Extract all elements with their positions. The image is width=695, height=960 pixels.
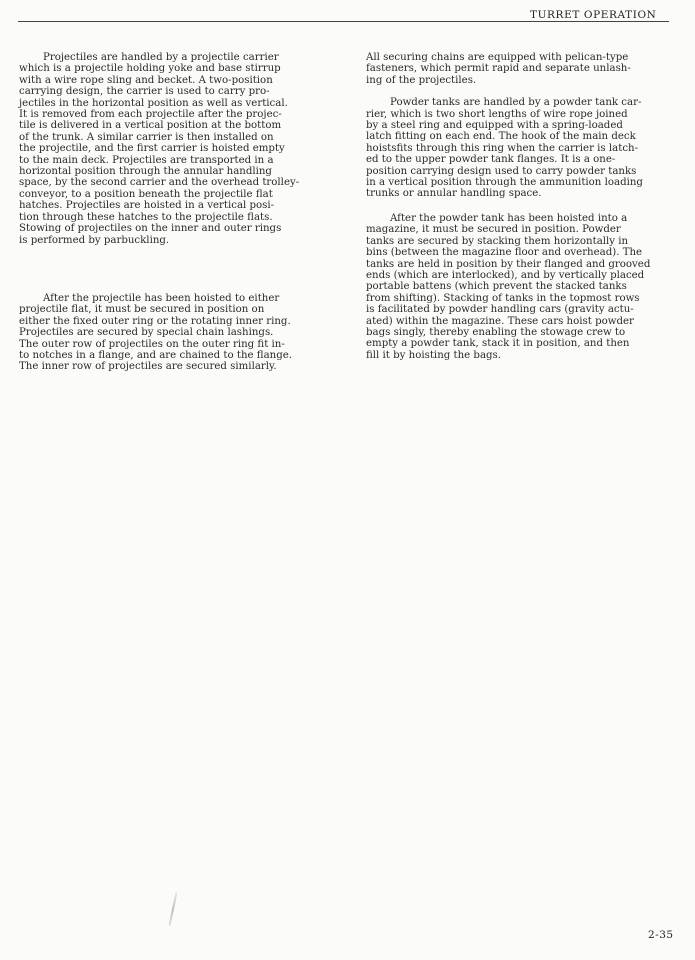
text-line: projectile flat, it must be secured in p… — [19, 304, 349, 315]
scan-artifact-mark — [168, 892, 177, 926]
text-line: latch fitting on each end. The hook of t… — [366, 131, 695, 142]
text-line: to the main deck. Projectiles are transp… — [19, 155, 349, 166]
paragraph-powder-tank-carrier: Powder tanks are handled by a powder tan… — [366, 97, 695, 200]
running-head: TURRET OPERATION — [530, 9, 656, 21]
text-line: magazine, it must be secured in position… — [366, 224, 695, 235]
text-line: The inner row of projectiles are secured… — [19, 361, 349, 372]
text-line: tile is delivered in a vertical position… — [19, 120, 349, 131]
text-line: tanks are secured by stacking them horiz… — [366, 236, 695, 247]
text-line: ing of the projectiles. — [366, 75, 695, 86]
text-line: hatches. Projectiles are hoisted in a ve… — [19, 200, 349, 211]
text-line: tanks are held in position by their flan… — [366, 259, 695, 270]
right-column: All securing chains are equipped with pe… — [366, 52, 695, 361]
text-line: jectiles in the horizontal position as w… — [19, 98, 349, 109]
text-line: by a steel ring and equipped with a spri… — [366, 120, 695, 131]
text-line: empty a powder tank, stack it in positio… — [366, 338, 695, 349]
text-line: with a wire rope sling and becket. A two… — [19, 75, 349, 86]
paragraph-powder-tank-securing: After the powder tank has been hoisted i… — [366, 213, 695, 361]
text-line: carrying design, the carrier is used to … — [19, 86, 349, 97]
text-line: tion through these hatches to the projec… — [19, 212, 349, 223]
page-number: 2-35 — [648, 929, 674, 941]
text-line: Powder tanks are handled by a powder tan… — [366, 97, 695, 108]
paragraph-spacer — [366, 86, 695, 97]
left-column: Projectiles are handled by a projectile … — [19, 52, 349, 373]
text-line: hoistsfits through this ring when the ca… — [366, 143, 695, 154]
text-line: horizontal position through the annular … — [19, 166, 349, 177]
text-line: is performed by parbuckling. — [19, 235, 349, 246]
header-rule — [18, 21, 669, 22]
text-line: ated) within the magazine. These cars ho… — [366, 316, 695, 327]
text-line: Stowing of projectiles on the inner and … — [19, 223, 349, 234]
text-line: ed to the upper powder tank flanges. It … — [366, 154, 695, 165]
text-line: portable battens (which prevent the stac… — [366, 281, 695, 292]
text-line: rier, which is two short lengths of wire… — [366, 109, 695, 120]
paragraph-projectile-carrier: Projectiles are handled by a projectile … — [19, 52, 349, 246]
text-line: fill it by hoisting the bags. — [366, 350, 695, 361]
text-line: from shifting). Stacking of tanks in the… — [366, 293, 695, 304]
paragraph-spacer — [19, 246, 349, 293]
paragraph-spacer — [366, 200, 695, 213]
text-line: position carrying design used to carry p… — [366, 166, 695, 177]
text-line: of the trunk. A similar carrier is then … — [19, 132, 349, 143]
paragraph-projectile-securing: After the projectile has been hoisted to… — [19, 293, 349, 373]
text-line: All securing chains are equipped with pe… — [366, 52, 695, 63]
text-line: The outer row of projectiles on the oute… — [19, 339, 349, 350]
text-line: After the projectile has been hoisted to… — [19, 293, 349, 304]
text-line: ends (which are interlocked), and by ver… — [366, 270, 695, 281]
text-line: either the fixed outer ring or the rotat… — [19, 316, 349, 327]
text-line: Projectiles are secured by special chain… — [19, 327, 349, 338]
text-line: the projectile, and the first carrier is… — [19, 143, 349, 154]
text-line: fasteners, which permit rapid and separa… — [366, 63, 695, 74]
text-line: space, by the second carrier and the ove… — [19, 177, 349, 188]
text-line: It is removed from each projectile after… — [19, 109, 349, 120]
text-line: is facilitated by powder handling cars (… — [366, 304, 695, 315]
text-line: in a vertical position through the ammun… — [366, 177, 695, 188]
text-line: trunks or annular handling space. — [366, 188, 695, 199]
text-line: Projectiles are handled by a projectile … — [19, 52, 349, 63]
paragraph-securing-chains: All securing chains are equipped with pe… — [366, 52, 695, 86]
text-line: After the powder tank has been hoisted i… — [366, 213, 695, 224]
text-line: which is a projectile holding yoke and b… — [19, 63, 349, 74]
text-line: to notches in a flange, and are chained … — [19, 350, 349, 361]
text-line: bags singly, thereby enabling the stowag… — [366, 327, 695, 338]
text-line: bins (between the magazine floor and ove… — [366, 247, 695, 258]
text-line: conveyor, to a position beneath the proj… — [19, 189, 349, 200]
